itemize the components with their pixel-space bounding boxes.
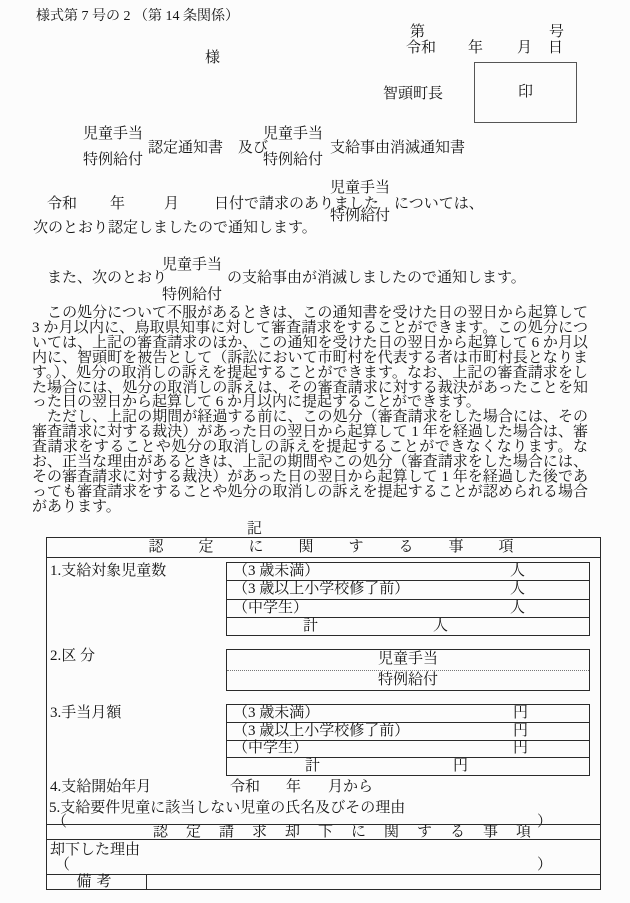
date-era-label: 令和 <box>406 41 436 56</box>
age-band-label: （3 歳以上小学校修了前） <box>233 582 409 597</box>
table-row: 児童手当 <box>227 650 589 670</box>
allowance-special-label: 特例給付 <box>330 202 390 230</box>
unit-label: 円 <box>513 724 528 739</box>
unit-label: 人 <box>510 601 525 616</box>
legal-paragraph-2: ただし、上記の期間が経過する前に、この処分（審査請求をした場合には、その審査請求… <box>32 410 588 514</box>
seal-box: 印 <box>474 62 577 123</box>
doc-number-prefix: 第 <box>410 25 425 40</box>
document-page: 様式第 7 号の 2 （第 14 条関係） 第 号 令和 年 月 日 様 智頭町… <box>0 0 630 903</box>
extinction-suffix: の支給事由が消滅しましたので通知します。 <box>227 271 526 286</box>
start-era-label: 令和 <box>230 780 260 795</box>
allowance-child-label: 児童手当 <box>330 174 390 202</box>
total-label: 計 <box>303 619 318 634</box>
title-allowance-stack-2: 児童手当 特例給付 <box>263 121 323 173</box>
kubun-option-2: 特例給付 <box>378 673 438 688</box>
allowance-child-label: 児童手当 <box>162 250 222 280</box>
request-month-label: 月 <box>164 197 179 212</box>
age-band-label: （3 歳未満） <box>233 564 319 579</box>
unit-label: 円 <box>453 759 468 774</box>
unit-label: 人 <box>510 582 525 597</box>
legal-paragraph-1: この処分について不服があるときは、この通知書を受けた日の翌日から起算して 3 か… <box>32 306 588 410</box>
table-row: 特例給付 <box>227 670 589 691</box>
request-about-text: については、 <box>394 197 484 212</box>
title-allowance-stack-1: 児童手当 特例給付 <box>83 121 143 173</box>
age-band-label: （中学生） <box>233 741 308 756</box>
item1-table: （3 歳未満） 人 （3 歳以上小学校修了前） 人 （中学生） 人 計 人 <box>226 562 590 636</box>
allowance-child-label: 児童手当 <box>263 121 323 147</box>
table-row: （3 歳以上小学校修了前） 円 <box>227 722 589 740</box>
section2-header: 認定請求却下に関する事項 <box>47 824 600 840</box>
table-row: （中学生） 人 <box>227 599 589 617</box>
date-year-label: 年 <box>468 41 483 56</box>
remarks-row: 備考 <box>47 874 600 889</box>
request-year-label: 年 <box>110 197 125 212</box>
rejection-paren-open: （ <box>55 858 70 873</box>
total-label: 計 <box>305 759 320 774</box>
rejection-label: 却下した理由 <box>50 843 140 858</box>
remarks-divider <box>146 875 147 889</box>
item2-label: 2.区 分 <box>50 649 95 664</box>
ki-marker: 記 <box>247 522 262 537</box>
rejection-paren-close: ） <box>537 858 552 873</box>
table-row: （3 歳以上小学校修了前） 人 <box>227 580 589 598</box>
request-allowance-stack: 児童手当 特例給付 <box>330 174 390 230</box>
age-band-label: （3 歳以上小学校修了前） <box>233 724 409 739</box>
form-number-label: 様式第 7 号の 2 （第 14 条関係） <box>36 10 239 24</box>
issuer-name: 智頭町長 <box>383 87 443 102</box>
table-row: （3 歳未満） 人 <box>227 563 589 580</box>
title-notice-1: 認定通知書 及び <box>148 141 268 156</box>
request-result-text: 次のとおり認定しましたので通知します。 <box>33 221 317 236</box>
unit-label: 人 <box>433 619 448 634</box>
main-table: 認定に関する事項 1.支給対象児童数 （3 歳未満） 人 （3 歳以上小学校修了… <box>46 537 601 890</box>
allowance-special-label: 特例給付 <box>83 147 143 173</box>
unit-label: 人 <box>510 564 525 579</box>
table-row: （中学生） 円 <box>227 740 589 758</box>
extinction-prefix: また、次のとおり <box>47 271 167 286</box>
item4-label: 4.支給開始年月 <box>50 780 151 795</box>
item1-label: 1.支給対象児童数 <box>50 564 166 579</box>
date-month-label: 月 <box>517 41 532 56</box>
table-row: （3 歳未満） 円 <box>227 705 589 722</box>
allowance-special-label: 特例給付 <box>263 147 323 173</box>
remarks-label: 備考 <box>47 875 146 889</box>
unit-label: 円 <box>513 706 528 721</box>
item3-table: （3 歳未満） 円 （3 歳以上小学校修了前） 円 （中学生） 円 計 円 <box>226 704 590 776</box>
table-total-row: 計 円 <box>227 757 589 775</box>
allowance-child-label: 児童手当 <box>83 121 143 147</box>
section1-header: 認定に関する事項 <box>47 538 600 558</box>
seal-placeholder: 印 <box>518 85 533 100</box>
request-era-label: 令和 <box>47 197 77 212</box>
age-band-label: （中学生） <box>233 601 308 616</box>
title-notice-2: 支給事由消滅通知書 <box>330 141 465 156</box>
start-year-label: 年 <box>286 780 301 795</box>
addressee-honorific: 様 <box>205 51 220 66</box>
table-total-row: 計 人 <box>227 617 589 635</box>
extinction-allowance-stack: 児童手当 特例給付 <box>162 250 222 310</box>
legal-notes: この処分について不服があるときは、この通知書を受けた日の翌日から起算して 3 か… <box>32 306 588 515</box>
item5-label: 5.支給要件児童に該当しない児童の氏名及びその理由 <box>49 801 405 816</box>
item3-label: 3.手当月額 <box>50 706 121 721</box>
unit-label: 円 <box>513 741 528 756</box>
start-month-from-label: 月から <box>328 780 373 795</box>
date-day-label: 日 <box>548 41 563 56</box>
kubun-option-1: 児童手当 <box>378 652 438 667</box>
doc-number-suffix: 号 <box>549 25 564 40</box>
age-band-label: （3 歳未満） <box>233 706 319 721</box>
item2-table: 児童手当 特例給付 <box>226 649 590 691</box>
